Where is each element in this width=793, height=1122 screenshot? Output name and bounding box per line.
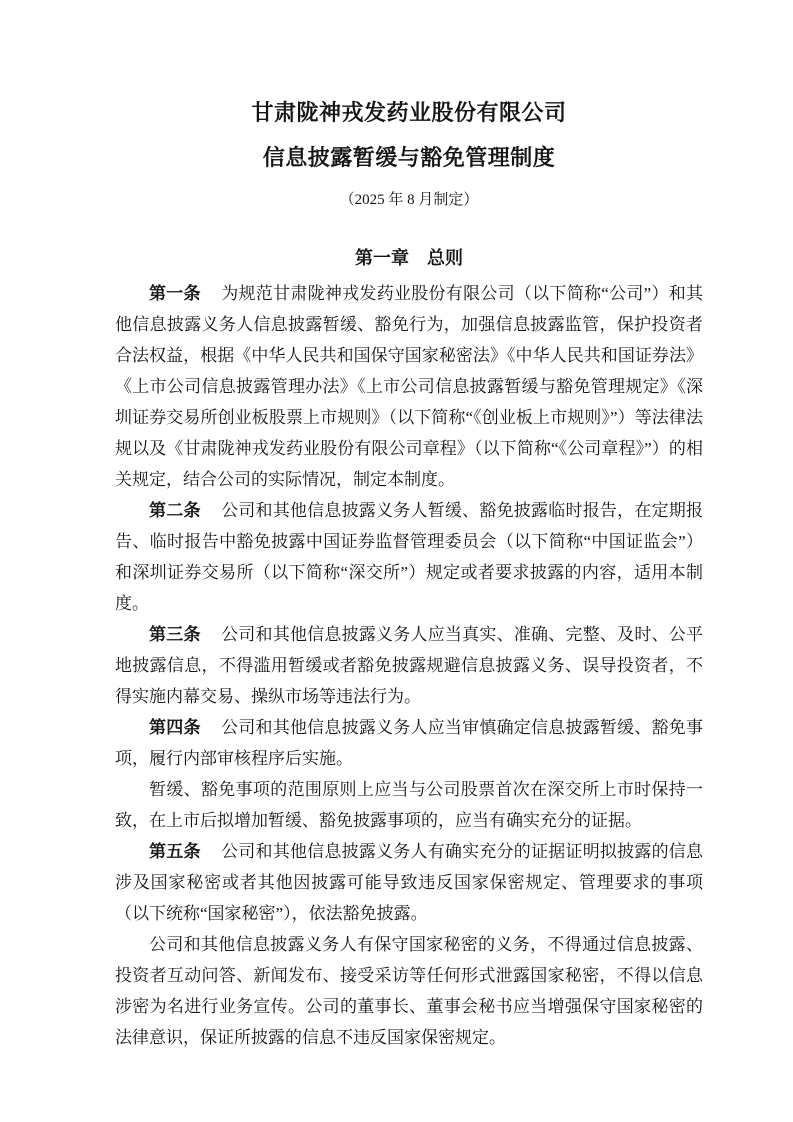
document-body: 第一条为规范甘肃陇神戎发药业股份有限公司（以下简称“公司”）和其他信息披露义务人… [115,278,703,1053]
article-text: 公司和其他信息披露义务人有保守国家秘密的义务，不得通过信息披露、投资者互动问答、… [115,935,703,1047]
article-text: 公司和其他信息披露义务人有确实充分的证据证明拟披露的信息涉及国家秘密或者其他因披… [115,842,703,923]
article-label: 第二条 [149,501,201,520]
article-label: 第四条 [149,718,201,737]
article-text: 公司和其他信息披露义务人应当审慎确定信息披露暂缓、豁免事项，履行内部审核程序后实… [115,718,703,768]
article-text: 为规范甘肃陇神戎发药业股份有限公司（以下简称“公司”）和其他信息披露义务人信息披… [115,284,703,489]
paragraph-article-4-continued: 暂缓、豁免事项的范围原则上应当与公司股票首次在深交所上市时保持一致，在上市后拟增… [115,774,703,836]
paragraph-article-3: 第三条公司和其他信息披露义务人应当真实、准确、完整、及时、公平地披露信息，不得滥… [115,619,703,712]
article-text: 暂缓、豁免事项的范围原则上应当与公司股票首次在深交所上市时保持一致，在上市后拟增… [115,780,703,830]
paragraph-article-5-continued: 公司和其他信息披露义务人有保守国家秘密的义务，不得通过信息披露、投资者互动问答、… [115,929,703,1053]
article-label: 第三条 [149,625,201,644]
article-text: 公司和其他信息披露义务人应当真实、准确、完整、及时、公平地披露信息，不得滥用暂缓… [115,625,703,706]
article-label: 第五条 [149,842,201,861]
article-label: 第一条 [149,284,201,303]
article-text: 公司和其他信息披露义务人暂缓、豁免披露临时报告，在定期报告、临时报告中豁免披露中… [115,501,703,613]
document-page: 甘肃陇神戎发药业股份有限公司 信息披露暂缓与豁免管理制度 （2025 年 8 月… [0,0,793,1122]
document-date-note: （2025 年 8 月制定） [115,190,703,210]
paragraph-article-4: 第四条公司和其他信息披露义务人应当审慎确定信息披露暂缓、豁免事项，履行内部审核程… [115,712,703,774]
document-title-line2: 信息披露暂缓与豁免管理制度 [115,145,703,171]
paragraph-article-5: 第五条公司和其他信息披露义务人有确实充分的证据证明拟披露的信息涉及国家秘密或者其… [115,836,703,929]
paragraph-article-1: 第一条为规范甘肃陇神戎发药业股份有限公司（以下简称“公司”）和其他信息披露义务人… [115,278,703,495]
document-title-line1: 甘肃陇神戎发药业股份有限公司 [115,100,703,126]
chapter-heading: 第一章 总则 [115,246,703,270]
paragraph-article-2: 第二条公司和其他信息披露义务人暂缓、豁免披露临时报告，在定期报告、临时报告中豁免… [115,495,703,619]
